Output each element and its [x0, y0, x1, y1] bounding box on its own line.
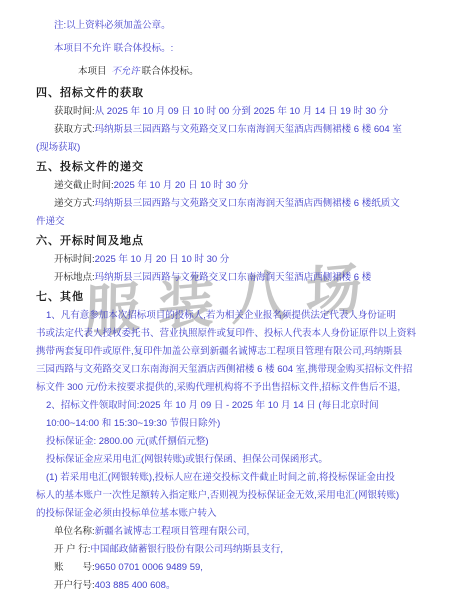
payee-bank-label: 开 户 行: [54, 544, 90, 555]
payee-account-line: 账 号:9650 0701 0006 9489 59, [36, 559, 424, 577]
section-heading-6-bid-opening: 六、开标时间及地点 [36, 231, 424, 251]
payee-name-line: 单位名称:新疆名诚博志工程项目管理有限公司, [36, 523, 424, 541]
note-joint-bid: 本项目不允许 联合体投标。: [36, 37, 424, 60]
others-item1-line2: 书或法定代表人授权委托书、营业执照原件或复印件、投标人代表本人身份证原件以上资料 [36, 325, 424, 343]
others-item1-line4: 三园西路与文苑路交叉口东南海润天玺酒店西侧裙楼 6 楼 604 室,携带现金购买… [36, 361, 424, 379]
bond-transfer-rule-line3: 的投标保证金必须由投标单位基本账户转入 [36, 505, 424, 523]
obtain-time-label: 获取时间: [54, 106, 95, 117]
joint-bid-prefix: 本项目 [78, 66, 109, 77]
payee-bank-value: 中国邮政储蓄银行股份有限公司玛纳斯县支行, [90, 544, 283, 555]
payee-name-label: 单位名称: [54, 526, 95, 537]
payee-bank-line: 开 户 行:中国邮政储蓄银行股份有限公司玛纳斯县支行, [36, 541, 424, 559]
payee-account-value: 9650 0701 0006 9489 59, [95, 562, 203, 573]
document-content: 注:以上资料必须加盖公章。 本项目不允许 联合体投标。: 本项目 不允许联合体投… [36, 14, 424, 595]
section-heading-4-document-obtain: 四、招标文件的获取 [36, 83, 424, 103]
section-heading-7-others: 七、其他 [36, 287, 424, 307]
bond-transfer-rule-line2: 标人的基本账户一次性足额转入指定账户,否则视为投标保证金无效,采用电汇(网银转账… [36, 487, 424, 505]
obtain-method-label: 获取方式: [54, 124, 95, 135]
obtain-method-line: 获取方式:玛纳斯县三园西路与文苑路交叉口东南海润天玺酒店西侧裙楼 6 楼 604… [36, 121, 424, 139]
opening-place-value: 玛纳斯县三园西路与文苑路交叉口东南海润天玺酒店西侧裙楼 6 楼 [95, 272, 372, 283]
opening-time-label: 开标时间: [54, 254, 95, 265]
payee-name-value: 新疆名诚博志工程项目管理有限公司, [95, 526, 250, 537]
others-item2-line2: 10:00~14:00 和 15:30~19:30 节假日除外) [36, 415, 424, 433]
payee-bank-number-line: 开户行号:403 885 400 608。 [36, 577, 424, 595]
joint-bid-suffix: 联合体投标。 [142, 66, 199, 77]
obtain-time-value: 从 2025 年 10 月 09 日 10 时 00 分到 2025 年 10 … [95, 106, 389, 117]
obtain-method-continuation: (现场获取) [36, 139, 424, 157]
bid-bond-amount-line: 投标保证金: 2800.00 元(贰仟捌佰元整) [36, 433, 424, 451]
joint-bid-statement: 本项目 不允许联合体投标。 [36, 60, 424, 83]
bid-bond-form-line: 投标保证金应采用电汇(网银转账)或银行保函、担保公司保函形式。 [36, 451, 424, 469]
others-item1-line1: 1、凡有意参加本次招标项目的投标人,若为相关企业报名须提供法定代表人身份证明 [36, 307, 424, 325]
obtain-method-value: 玛纳斯县三园西路与文苑路交叉口东南海润天玺酒店西侧裙楼 6 楼 604 室 [95, 124, 402, 135]
submission-method-line: 递交方式:玛纳斯县三园西路与文苑路交叉口东南海润天玺酒店西侧裙楼 6 楼纸质文 [36, 195, 424, 213]
submission-deadline-value: 2025 年 10 月 20 日 10 时 30 分 [114, 180, 249, 191]
submission-method-continuation: 件递交 [36, 213, 424, 231]
others-item1-line3: 携带两套复印件或原件,复印件加盖公章到新疆名诚博志工程项目管理有限公司,玛纳斯县 [36, 343, 424, 361]
bond-transfer-rule-line1: (1) 若采用电汇(网银转账),投标人应在递交投标文件截止时间之前,将投标保证金… [36, 469, 424, 487]
document-page: 服装八场 注:以上资料必须加盖公章。 本项目不允许 联合体投标。: 本项目 不允… [0, 0, 450, 600]
others-item2-line1: 2、招标文件领取时间:2025 年 10 月 09 日 - 2025 年 10 … [36, 397, 424, 415]
payee-account-label: 账 号: [54, 562, 95, 573]
submission-deadline-line: 递交截止时间:2025 年 10 月 20 日 10 时 30 分 [36, 177, 424, 195]
submission-method-label: 递交方式: [54, 198, 95, 209]
obtain-time-line: 获取时间:从 2025 年 10 月 09 日 10 时 00 分到 2025 … [36, 103, 424, 121]
section-heading-5-bid-submission: 五、投标文件的递交 [36, 157, 424, 177]
opening-time-line: 开标时间:2025 年 10 月 20 日 10 时 30 分 [36, 251, 424, 269]
others-item1-line5: 标文件 300 元/份未按要求提供的,采购代理机构将不予出售招标文件,招标文件售… [36, 379, 424, 397]
submission-deadline-label: 递交截止时间: [54, 180, 114, 191]
joint-bid-emphasis: 不允许 [109, 66, 142, 77]
note-stamp-requirement: 注:以上资料必须加盖公章。 [36, 14, 424, 37]
opening-time-value: 2025 年 10 月 20 日 10 时 30 分 [95, 254, 230, 265]
opening-place-label: 开标地点: [54, 272, 95, 283]
payee-bank-number-label: 开户行号: [54, 580, 95, 591]
payee-bank-number-value: 403 885 400 608。 [95, 580, 176, 591]
submission-method-value: 玛纳斯县三园西路与文苑路交叉口东南海润天玺酒店西侧裙楼 6 楼纸质文 [95, 198, 400, 209]
opening-place-line: 开标地点:玛纳斯县三园西路与文苑路交叉口东南海润天玺酒店西侧裙楼 6 楼 [36, 269, 424, 287]
